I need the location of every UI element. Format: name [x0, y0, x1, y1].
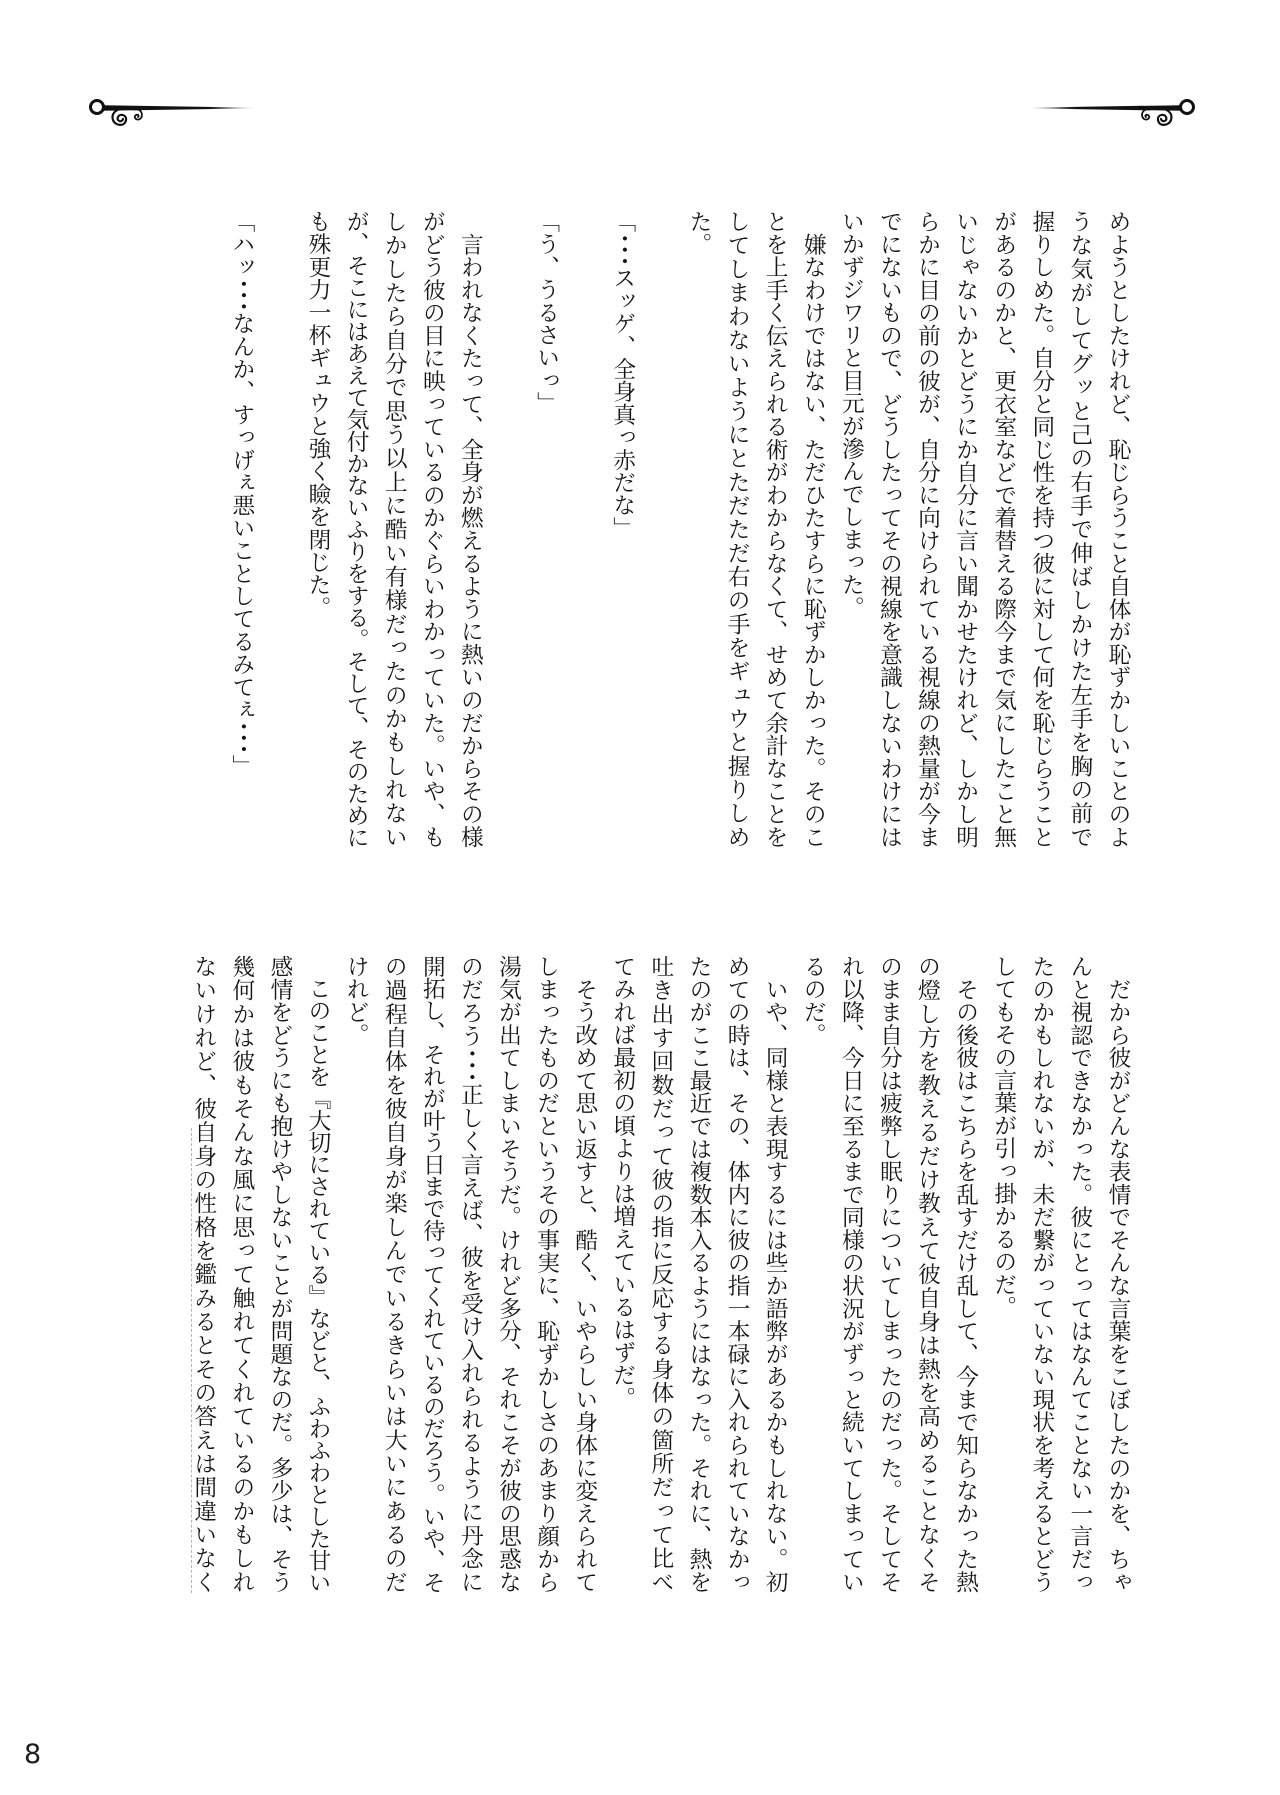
- text-column: てみれば最初の頃よりは増えているはずだ。: [604, 955, 642, 1593]
- text-column: いや、同様と表現するには些か語弊があるかもしれない。初: [756, 955, 794, 1593]
- text-column: しかしたら自分で思う以上に酷い有様だったのかもしれない: [375, 210, 413, 848]
- text-column: めようとしたけれど、恥じらうこと自体が恥ずかしいことのよ: [1099, 210, 1137, 848]
- flourish-ornament-right-icon: [1024, 92, 1204, 132]
- scan-artifact-line: [191, 1128, 192, 1593]
- text-column: うな気がしてグッと己の右手で伸ばしかけた左手を胸の前で: [1061, 210, 1099, 848]
- text-column: しまったものだというその事実に、恥ずかしさのあまり顔から: [528, 955, 566, 1593]
- text-column: 握りしめた。自分と同じ性を持つ彼に対して何を恥じらうこと: [1023, 210, 1061, 848]
- blank-column: [261, 210, 299, 848]
- text-column: れ以降、今日に至るまで同様の状況がずっと続いてしまってい: [832, 955, 870, 1593]
- text-block-upper: めようとしたけれど、恥じらうこと自体が恥ずかしいことのよ うな気がしてグッと己の…: [223, 210, 1137, 848]
- dialogue-column: 「う、うるさいっ」: [528, 210, 566, 848]
- text-column: とを上手く伝えられる術がわからなくて、せめて余計なことを: [756, 210, 794, 848]
- text-column: 吐き出す回数だって彼の指に反応する身体の箇所だって比べ: [642, 955, 680, 1593]
- text-column: いじゃないかとどうにか自分に言い聞かせたけれど、しかし明: [947, 210, 985, 848]
- text-column: けれど。: [337, 955, 375, 1593]
- flourish-right-icon: [1024, 92, 1204, 132]
- text-column: してもその言葉が引っ掛かるのだ。: [985, 955, 1023, 1593]
- text-column: いかずジワリと目元が滲んでしまった。: [832, 210, 870, 848]
- text-column: たのがここ最近では複数本入るようにはなった。それに、熱を: [680, 955, 718, 1593]
- text-column: めての時は、その、体内に彼の指一本碌に入れられていなかっ: [718, 955, 756, 1593]
- text-block-lower: だから彼がどんな表情でそんな言葉をこぼしたのかを、ちゃ んと視認できなかった。彼…: [185, 955, 1137, 1593]
- text-column: でにないもので、どうしたってその視線を意識しないわけには: [870, 210, 908, 848]
- text-column: のだろう･･･正しく言えば、彼を受け入れられるように丹念に: [451, 955, 489, 1593]
- page: { "ornaments": { "left": "flourish-ornam…: [0, 0, 1280, 1795]
- dialogue-column: 「･･･スッゲ、全身真っ赤だな」: [604, 210, 642, 848]
- text-column: 開拓し、それが叶う日まで待ってくれているのだろう。いや、そ: [413, 955, 451, 1593]
- text-column: 嫌なわけではない、ただひたすらに恥ずかしかった。そのこ: [794, 210, 832, 848]
- text-column: たのかもしれないが、未だ繋がっていない現状を考えるとどう: [1023, 955, 1061, 1593]
- text-column: してしまわないようにとただただ右の手をギュウと握りしめ: [718, 210, 756, 848]
- text-column: 湯気が出てしまいそうだ。けれど多分、それこそが彼の思惑な: [489, 955, 527, 1593]
- text-column: の燈し方を教えるだけ教えて彼自身は熱を高めることなくそ: [908, 955, 946, 1593]
- text-column: も殊更力一杯ギュウと強く瞼を閉じた。: [299, 210, 337, 848]
- text-column: らかに目の前の彼が、自分に向けられている視線の熱量が今ま: [908, 210, 946, 848]
- flourish-left-icon: [80, 92, 260, 132]
- dialogue-column: 「ハッ･･･なんか、すっげぇ悪いことしてるみてぇ･･･」: [223, 210, 261, 848]
- text-column: その後彼はこちらを乱すだけ乱して、今まで知らなかった熱: [947, 955, 985, 1593]
- text-column: このことを『大切にされている』などと、ふわふわとした甘い: [299, 955, 337, 1593]
- text-column: がどう彼の目に映っているのかぐらいわかっていた。いや、も: [413, 210, 451, 848]
- text-column: だから彼がどんな表情でそんな言葉をこぼしたのかを、ちゃ: [1099, 955, 1137, 1593]
- text-column: が、そこにはあえて気付かないふりをする。そして、そのために: [337, 210, 375, 848]
- text-column: があるのかと、更衣室などで着替える際今まで気にしたこと無: [985, 210, 1023, 848]
- text-column: の過程自体を彼自身が楽しんでいるきらいは大いにあるのだ: [375, 955, 413, 1593]
- text-column: 感情をどうにも抱けやしないことが問題なのだ。多少は、そう: [261, 955, 299, 1593]
- text-column: るのだ。: [794, 955, 832, 1593]
- blank-column: [489, 210, 527, 848]
- page-number: 8: [24, 1740, 41, 1770]
- blank-column: [642, 210, 680, 848]
- text-column: のまま自分は疲弊し眠りについてしまったのだった。そしてそ: [870, 955, 908, 1593]
- text-column: 言われなくたって、全身が燃えるように熱いのだからその様: [451, 210, 489, 848]
- text-column: んと視認できなかった。彼にとってはなんてことない一言だっ: [1061, 955, 1099, 1593]
- text-column: 幾何かは彼もそんな風に思って触れてくれているのかもしれ: [223, 955, 261, 1593]
- text-column: た。: [680, 210, 718, 848]
- text-column: そう改めて思い返すと、酷く、いやらしい身体に変えられて: [566, 955, 604, 1593]
- flourish-ornament-left-icon: [80, 92, 260, 132]
- blank-column: [566, 210, 604, 848]
